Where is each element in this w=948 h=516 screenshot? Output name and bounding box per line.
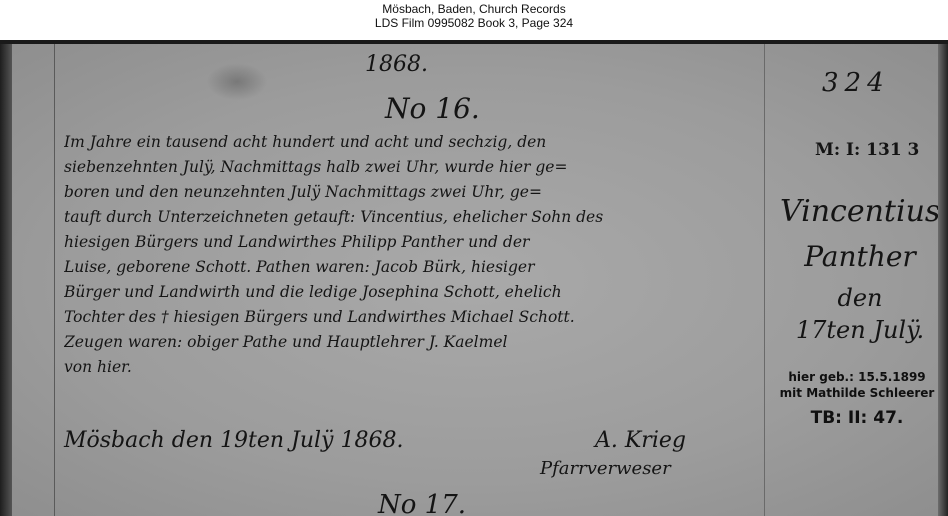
entry-number: No 16. <box>385 92 480 125</box>
body-line: boren und den neunzehnten Julÿ Nachmitta… <box>64 180 754 205</box>
page: Mösbach, Baden, Church Records LDS Film … <box>0 0 948 516</box>
marriage-annotation: hier geb.: 15.5.1899 <box>768 370 946 384</box>
body-line: Tochter des † hiesigen Bürgers und Landw… <box>64 305 754 330</box>
left-margin-rule <box>54 44 55 516</box>
body-line: Bürger und Landwirth und die ledige Jose… <box>64 280 754 305</box>
scanned-record-page: 1868. No 16. 324 M: I: 131 3 Im Jahre ei… <box>0 40 948 516</box>
margin-name-date: 17ten Julÿ. <box>780 316 940 344</box>
right-margin-rule <box>764 44 765 516</box>
next-entry-number: No 17. <box>378 490 466 516</box>
body-line: Luise, geborene Schott. Pathen waren: Ja… <box>64 255 754 280</box>
body-line: tauft durch Unterzeichneten getauft: Vin… <box>64 205 754 230</box>
margin-name-given: Vincentius <box>780 194 940 229</box>
body-line: siebenzehnten Julÿ, Nachmittags halb zwe… <box>64 155 754 180</box>
body-line: Zeugen waren: obiger Pathe und Hauptlehr… <box>64 330 754 355</box>
marriage-spouse-annotation: mit Mathilde Schleerer <box>768 386 946 400</box>
body-line: Im Jahre ein tausend acht hundert und ac… <box>64 130 754 155</box>
record-year: 1868. <box>365 52 428 77</box>
record-body: Im Jahre ein tausend acht hundert und ac… <box>64 130 754 380</box>
image-caption: Mösbach, Baden, Church Records LDS Film … <box>0 2 948 30</box>
caption-title: Mösbach, Baden, Church Records <box>0 2 948 16</box>
page-number: 324 <box>822 68 890 98</box>
signature-title: Pfarrverweser <box>540 458 671 479</box>
caption-film-reference: LDS Film 0995082 Book 3, Page 324 <box>0 16 948 30</box>
body-line: hiesigen Bürgers und Landwirthes Philipp… <box>64 230 754 255</box>
place-and-date: Mösbach den 19ten Julÿ 1868. <box>64 428 403 453</box>
marriage-register-reference: TB: II: 47. <box>768 408 946 428</box>
margin-name-den: den <box>780 284 940 312</box>
pastor-signature: A. Krieg <box>595 428 686 453</box>
body-line: von hier. <box>64 355 754 380</box>
register-reference: M: I: 131 3 <box>815 140 919 160</box>
margin-name-surname: Panther <box>780 240 940 273</box>
